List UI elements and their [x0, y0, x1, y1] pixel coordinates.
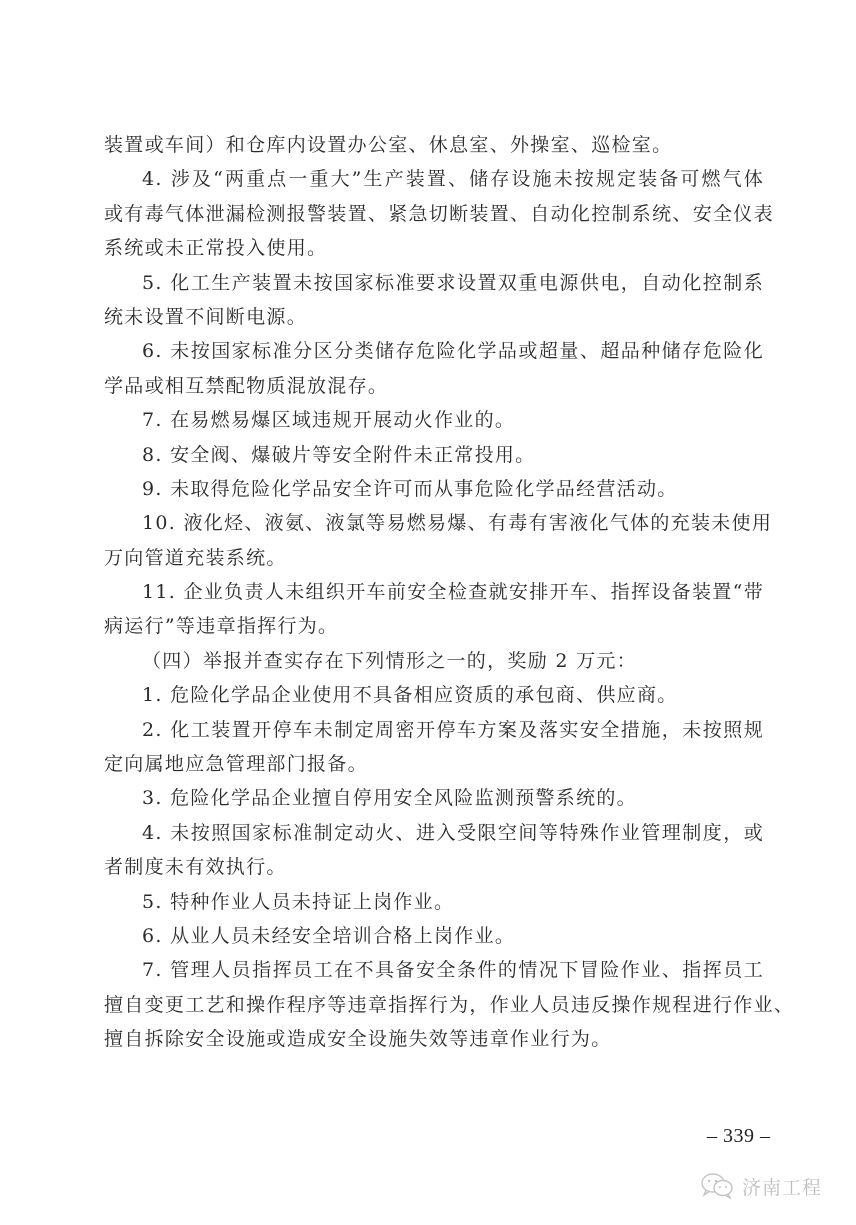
text-line: 4. 未按照国家标准制定动火、进入受限空间等特殊作业管理制度，或	[104, 816, 764, 850]
section-heading: （四）举报并查实存在下列情形之一的，奖励 2 万元：	[104, 644, 764, 678]
text-line: 擅自拆除安全设施或造成安全设施失效等违章作业行为。	[104, 1022, 764, 1056]
text-line: 定向属地应急管理部门报备。	[104, 747, 764, 781]
text-line: 5. 化工生产装置未按国家标准要求设置双重电源供电，自动化控制系	[104, 266, 764, 300]
document-body: 装置或车间）和仓库内设置办公室、休息室、外操室、巡检室。 4. 涉及“两重点一重…	[104, 128, 764, 1057]
text-line: 4. 涉及“两重点一重大”生产装置、储存设施未按规定装备可燃气体	[104, 162, 764, 196]
text-line: 擅自变更工艺和操作程序等违章指挥行为，作业人员违反操作规程进行作业、	[104, 988, 764, 1022]
text-line: 病运行”等违章指挥行为。	[104, 609, 764, 643]
text-line: 万向管道充装系统。	[104, 541, 764, 575]
watermark-text: 济南工程	[742, 1173, 822, 1200]
text-line: 学品或相互禁配物质混放混存。	[104, 369, 764, 403]
text-line: 6. 未按国家标准分区分类储存危险化学品或超量、超品种储存危险化	[104, 334, 764, 368]
text-line: 1. 危险化学品企业使用不具备相应资质的承包商、供应商。	[104, 678, 764, 712]
text-line: 6. 从业人员未经安全培训合格上岗作业。	[104, 919, 764, 953]
text-line: 8. 安全阀、爆破片等安全附件未正常投用。	[104, 438, 764, 472]
wechat-icon	[700, 1172, 736, 1200]
text-line: 9. 未取得危险化学品安全许可而从事危险化学品经营活动。	[104, 472, 764, 506]
text-line: 7. 管理人员指挥员工在不具备安全条件的情况下冒险作业、指挥员工	[104, 953, 764, 987]
text-line: 3. 危险化学品企业擅自停用安全风险监测预警系统的。	[104, 781, 764, 815]
text-line: 11. 企业负责人未组织开车前安全检查就安排开车、指挥设备装置“带	[104, 575, 764, 609]
text-line: 2. 化工装置开停车未制定周密开停车方案及落实安全措施，未按照规	[104, 713, 764, 747]
page-number: – 339 –	[707, 1125, 771, 1148]
text-line: 统未设置不间断电源。	[104, 300, 764, 334]
text-line: 装置或车间）和仓库内设置办公室、休息室、外操室、巡检室。	[104, 128, 764, 162]
text-line: 7. 在易燃易爆区域违规开展动火作业的。	[104, 403, 764, 437]
text-line: 系统或未正常投入使用。	[104, 231, 764, 265]
text-line: 5. 特种作业人员未持证上岗作业。	[104, 885, 764, 919]
text-line: 或有毒气体泄漏检测报警装置、紧急切断装置、自动化控制系统、安全仪表	[104, 197, 764, 231]
document-page: 装置或车间）和仓库内设置办公室、休息室、外操室、巡检室。 4. 涉及“两重点一重…	[0, 0, 856, 1225]
text-line: 10. 液化烃、液氨、液氯等易燃易爆、有毒有害液化气体的充装未使用	[104, 506, 764, 540]
watermark: 济南工程	[700, 1172, 822, 1200]
text-line: 者制度未有效执行。	[104, 850, 764, 884]
